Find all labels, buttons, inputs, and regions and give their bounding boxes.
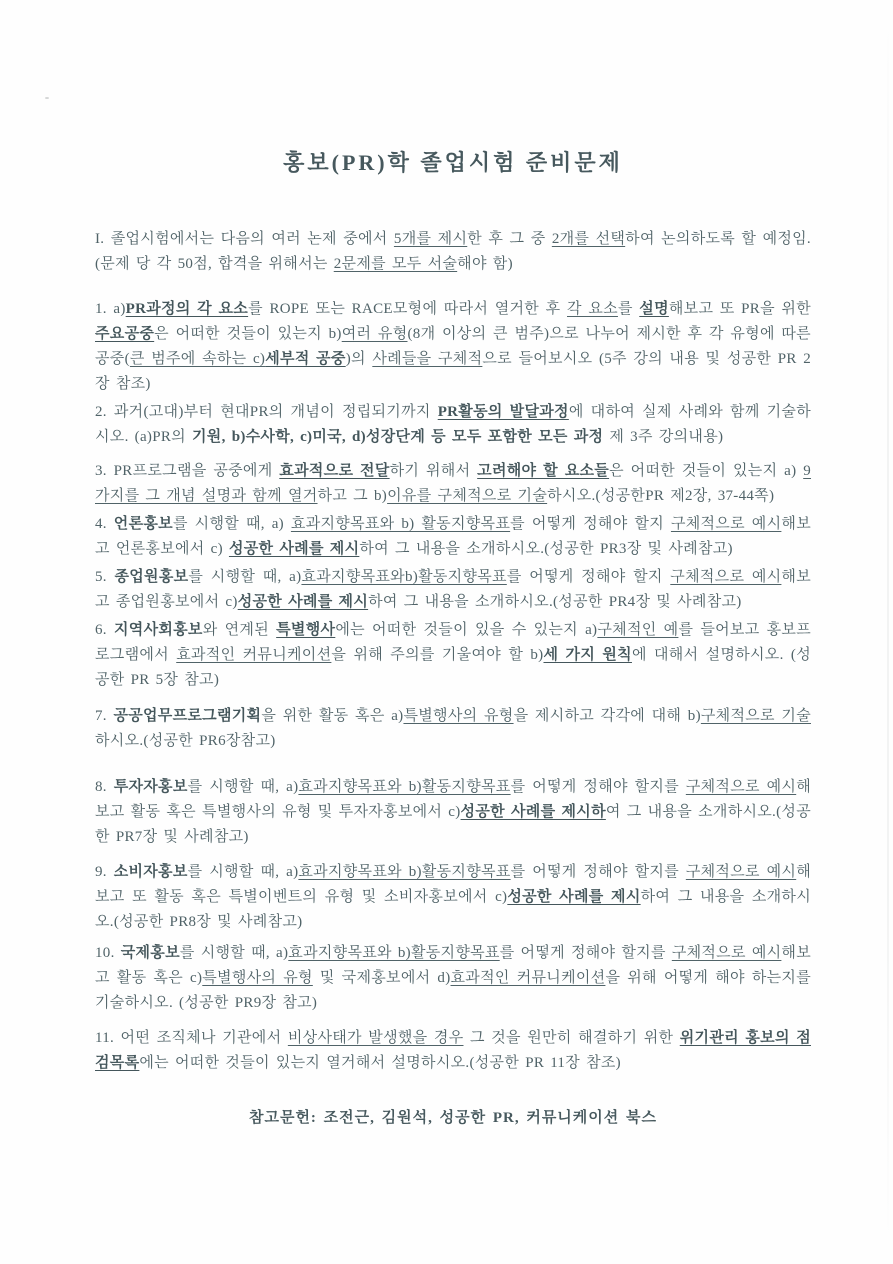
text-run: 10. [95, 945, 121, 961]
text-run: 하여 그 내용을 소개하시오.(성공한 PR3장 및 사례참고) [359, 541, 733, 557]
emphasis-text: 효과지향목표와 b)활동지향목표 [288, 945, 499, 961]
emphasis-text: 이유를 구체적으로 기술 [387, 488, 547, 504]
emphasis-text: 투자자홍보 [114, 779, 188, 795]
text-run: 6. [95, 622, 114, 638]
emphasis-text: 효과지향목표와b)활동지향목표 [301, 569, 506, 585]
text-run: 하시오.(성공한 PR6장참고) [95, 733, 276, 749]
emphasis-text: 큰 범주에 속하는 c) [130, 351, 265, 367]
text-run: 하고 그 b) [318, 488, 388, 504]
text-run: 에는 어떠한 것들이 있는지 열거해서 설명하시오.(성공한 PR 11장 참조… [139, 1055, 621, 1071]
text-run: 를 [618, 301, 639, 317]
emphasis-text: 구체적으로 예시 [672, 945, 782, 961]
question-paragraph: 8. 투자자홍보를 시행할 때, a)효과지향목표와 b)활동지향목표를 어떻게… [95, 775, 811, 850]
text-run: 한 후 그 중 [467, 231, 552, 247]
text-run: 하여 그 내용을 소개하시오.(성공한 PR4장 및 사례참고) [368, 594, 742, 610]
document-title: 홍보(PR)학 졸업시험 준비문제 [95, 146, 811, 177]
text-run: 2. 과거(고대)부터 현대PR의 개념이 정립되기까지 [95, 404, 438, 420]
question-paragraph: 2. 과거(고대)부터 현대PR의 개념이 정립되기까지 PR활동의 발달과정에… [95, 400, 811, 450]
emphasis-text: 성공한 사례를 제시 [238, 594, 368, 610]
emphasis-text: 세 가지 원칙 [543, 647, 631, 663]
emphasis-text: 각 요소 [567, 301, 618, 317]
text-run: 7. [95, 708, 113, 724]
emphasis-text: 2문제를 모두 서술 [334, 256, 457, 272]
document-page: 홍보(PR)학 졸업시험 준비문제 I. 졸업시험에서는 다음의 여러 논제 중… [0, 0, 893, 1264]
text-run: 을 제시하고 각각에 대해 b) [514, 708, 701, 724]
text-run: 8. [95, 779, 114, 795]
emphasis-text: 효과지향목표와 b) 활동지향목표 [291, 516, 510, 532]
text-run: 제 3주 강의내용) [603, 429, 723, 445]
text-run: 를 어떻게 정해야 할지 [507, 569, 670, 585]
emphasis-text: 설명 [639, 301, 669, 317]
text-run: 및 국제홍보에서 d) [313, 970, 451, 986]
emphasis-text: 효과적인 커뮤니케이션 [451, 970, 606, 986]
emphasis-text: PR과정의 각 요소 [126, 301, 248, 317]
emphasis-text: 언론홍보 [114, 516, 173, 532]
emphasis-text: 구체적인 예 [597, 622, 678, 638]
text-run: 와 연계된 [203, 622, 276, 638]
emphasis-text: 효과지향목표와 b)활동지향목표 [298, 779, 510, 795]
emphasis-text: 여러 유형 [342, 326, 408, 342]
scan-speck-artifact [45, 97, 49, 99]
question-paragraph: 7. 공공업무프로그램기획을 위한 활동 혹은 a)특별행사의 유형을 제시하고… [95, 704, 811, 754]
text-run: 를 시행할 때, a) [173, 516, 291, 532]
text-run: 를 어떻게 정해야 할지를 [511, 779, 686, 795]
emphasis-text: 특별행사 [276, 622, 335, 638]
text-run: 그 것을 원만히 해결하기 위한 [463, 1030, 679, 1046]
question-paragraph: 1. a)PR과정의 각 요소를 ROPE 또는 RACE모형에 따라서 열거한… [95, 297, 811, 397]
text-run: 하기 위해서 [390, 463, 478, 479]
emphasis-text: 효과적으로 전달 [279, 463, 389, 479]
question-paragraph: 11. 어떤 조직체나 기관에서 비상사태가 발생했을 경우 그 것을 원만히 … [95, 1026, 811, 1076]
text-run: 은 어떠한 것들이 있는지 a) [609, 463, 803, 479]
emphasis-text: 구체적으로 기술 [701, 708, 811, 724]
intro-paragraph: I. 졸업시험에서는 다음의 여러 논제 중에서 5개를 제시한 후 그 중 2… [95, 227, 811, 277]
question-paragraph: 9. 소비자홍보를 시행할 때, a)효과지향목표와 b)활동지향목표를 어떻게… [95, 860, 811, 935]
text-run: 해보고 또 PR을 위한 [669, 301, 811, 317]
emphasis-text: 효과지향목표와 b)활동지향목표 [298, 864, 510, 880]
emphasis-text: 특별행사의 유형 [202, 970, 313, 986]
emphasis-text: 구체적으로 예시 [686, 779, 796, 795]
text-run: 3. PR프로그램을 공중에게 [95, 463, 279, 479]
text-run: 4. [95, 516, 114, 532]
text-run: 을 위해 주의를 기울여야 할 b) [331, 647, 543, 663]
emphasis-text: 5개를 제시 [394, 231, 467, 247]
emphasis-text: 2개를 선택 [552, 231, 625, 247]
text-run: 하시오.(성공한PR 제2장, 37-44쪽) [547, 488, 774, 504]
emphasis-text: 국제홍보 [121, 945, 180, 961]
question-paragraph: 10. 국제홍보를 시행할 때, a)효과지향목표와 b)활동지향목표를 어떻게… [95, 941, 811, 1016]
text-run: 9. [95, 864, 114, 880]
question-paragraph: 6. 지역사회홍보와 연계된 특별행사에는 어떠한 것들이 있을 수 있는지 a… [95, 618, 811, 693]
text-run: 를 시행할 때, a) [188, 864, 299, 880]
emphasis-text: 비상사태가 발생했을 경우 [288, 1030, 464, 1046]
text-run: 11. 어떤 조직체나 기관에서 [95, 1030, 288, 1046]
emphasis-text: 구체적으로 예시 [670, 569, 781, 585]
text-run: 해야 함) [457, 256, 513, 272]
text-run: 에는 어떠한 것들이 있을 수 있는지 a) [335, 622, 597, 638]
question-paragraph: 3. PR프로그램을 공중에게 효과적으로 전달하기 위해서 고려해야 할 요소… [95, 459, 811, 509]
text-run: 을 위한 활동 혹은 a) [261, 708, 403, 724]
emphasis-text: 구체적으로 예시 [686, 864, 796, 880]
question-list: 1. a)PR과정의 각 요소를 ROPE 또는 RACE모형에 따라서 열거한… [95, 297, 811, 1076]
emphasis-text: 구체적으로 예시 [671, 516, 781, 532]
emphasis-text: 소비자홍보 [114, 864, 188, 880]
emphasis-text: 종업원홍보 [114, 569, 188, 585]
emphasis-text: 세부적 공중 [265, 351, 345, 367]
emphasis-text: 기원, b)수사학, c)미국, d)성장단계 등 모두 포함한 모든 과정 [192, 429, 603, 445]
text-run: 를 시행할 때, a) [188, 779, 299, 795]
text-run: 를 ROPE 또는 RACE모형에 따라서 열거한 후 [248, 301, 567, 317]
text-run: I. 졸업시험에서는 다음의 여러 논제 중에서 [95, 231, 394, 247]
emphasis-text: 특별행사의 유형 [403, 708, 513, 724]
emphasis-text: 지역사회홍보 [114, 622, 203, 638]
scan-edge-artifact [887, 0, 889, 1264]
emphasis-text: 효과적인 커뮤니케이션 [176, 647, 331, 663]
emphasis-text: 공공업무프로그램기획 [113, 708, 261, 724]
text-run: 참고문헌: 조전근, 김원석, 성공한 PR, 커뮤니케이션 북스 [249, 1110, 657, 1126]
text-run: 은 어떠한 것들이 있는지 b) [154, 326, 342, 342]
text-run: 를 어떻게 정해야 할지를 [500, 945, 672, 961]
text-run: 를 시행할 때, a) [180, 945, 288, 961]
text-run: 1. a) [95, 301, 126, 317]
references-line: 참고문헌: 조전근, 김원석, 성공한 PR, 커뮤니케이션 북스 [95, 1106, 811, 1131]
text-run: 5. [95, 569, 114, 585]
question-paragraph: 5. 종업원홍보를 시행할 때, a)효과지향목표와b)활동지향목표를 어떻게 … [95, 565, 811, 615]
emphasis-text: 주요공중 [95, 326, 154, 342]
emphasis-text: 사례들을 구체적 [372, 351, 482, 367]
question-paragraph: 4. 언론홍보를 시행할 때, a) 효과지향목표와 b) 활동지향목표를 어떻… [95, 512, 811, 562]
text-run: )의 [346, 351, 373, 367]
emphasis-text: 성공한 사례를 제시 [507, 889, 640, 905]
emphasis-text: 성공한 사례를 제시하 [461, 804, 606, 820]
emphasis-text: 고려해야 할 요소들 [477, 463, 609, 479]
emphasis-text: PR활동의 발달과정 [438, 404, 569, 420]
emphasis-text: 성공한 사례를 제시 [229, 541, 359, 557]
text-run: 를 어떻게 정해야 할지 [510, 516, 671, 532]
text-run: 를 어떻게 정해야 할지를 [511, 864, 686, 880]
text-run: 를 시행할 때, a) [188, 569, 301, 585]
